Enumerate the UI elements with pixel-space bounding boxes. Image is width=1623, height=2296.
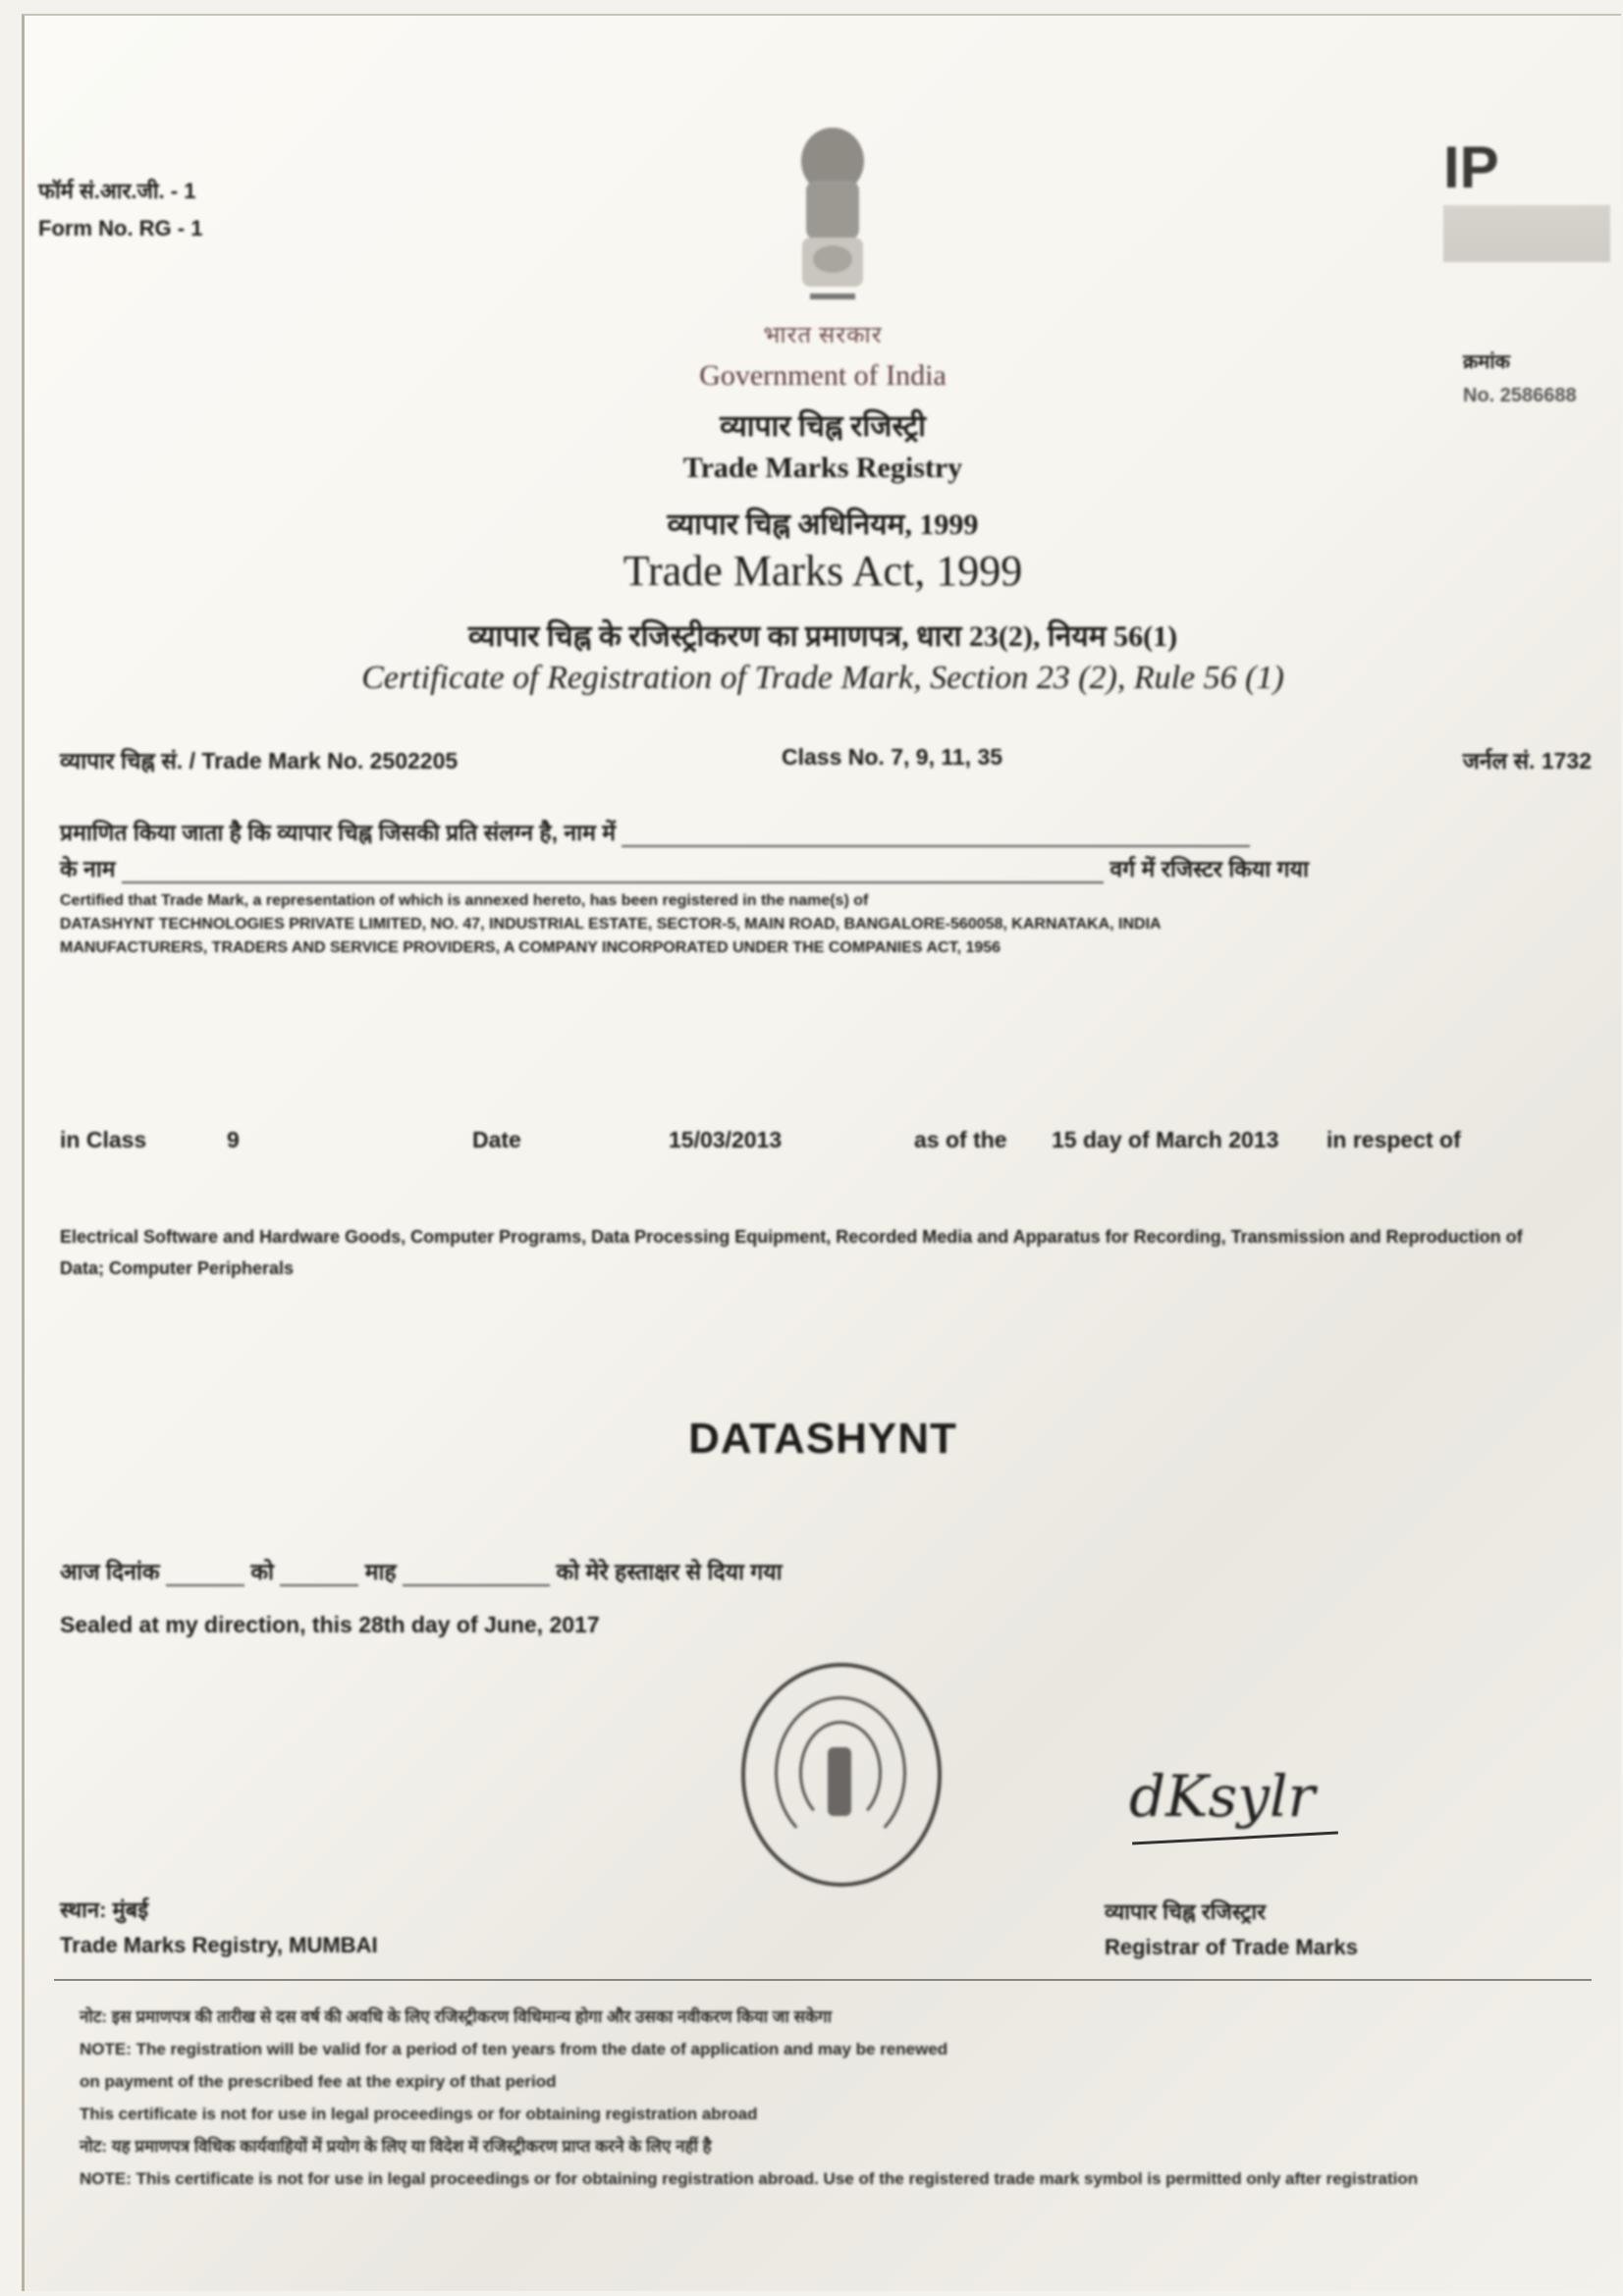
- note-line: NOTE: The registration will be valid for…: [80, 2033, 1464, 2065]
- journal-number: जर्नल सं. 1732: [1463, 744, 1592, 775]
- trade-mark-number: व्यापार चिह्न सं. / Trade Mark No. 25022…: [60, 748, 458, 774]
- convention-value: 15 day of March 2013: [1052, 1127, 1278, 1153]
- ip-logo-banner: [1443, 205, 1610, 262]
- dated-middle-2: माह: [365, 1559, 397, 1584]
- respect-suffix: in respect of: [1326, 1127, 1461, 1153]
- date-value: 15/03/2013: [669, 1127, 782, 1153]
- owner-blank: [122, 881, 1104, 883]
- note-line: नोट: यह प्रमाणपत्र विधिक कार्यवाहियों मे…: [80, 2130, 1464, 2163]
- proprietor-description: MANUFACTURERS, TRADERS AND SERVICE PROVI…: [60, 936, 1592, 960]
- certificate-title-english: Certificate of Registration of Trade Mar…: [25, 660, 1621, 697]
- gov-hindi: भारत सरकार: [25, 318, 1621, 350]
- convention-label: as of the: [914, 1127, 1007, 1153]
- month-blank: [280, 1584, 358, 1586]
- issuing-office: स्थान: मुंबई Trade Marks Registry, MUMBA…: [60, 1893, 378, 1963]
- owner-label: के नाम: [60, 856, 116, 881]
- class-numbers: Class No. 7, 9, 11, 35: [782, 744, 1002, 771]
- note-line: on payment of the prescribed fee at the …: [80, 2065, 1464, 2098]
- signature-line: [1132, 1832, 1338, 1845]
- registration-row: व्यापार चिह्न सं. / Trade Mark No. 25022…: [60, 744, 1592, 775]
- owner-suffix: वर्ग में रजिस्टर किया गया: [1109, 856, 1309, 881]
- certify-paragraph: Certified that Trade Mark, a representat…: [60, 889, 1592, 960]
- form-number: फॉर्म सं.आर.जी. - 1 Form No. RG - 1: [38, 173, 202, 247]
- certify-label: प्रमाणित किया जाता है कि व्यापार चिह्न ज…: [60, 820, 616, 845]
- certify-text: Certified that Trade Mark, a representat…: [60, 889, 1592, 913]
- registrar-signature: dKsylr: [1129, 1763, 1315, 1830]
- owner-line-hindi: के नाम वर्ग में रजिस्टर किया गया: [60, 852, 1592, 883]
- seal-emblem: [828, 1747, 851, 1816]
- ip-india-logo: IP: [1443, 138, 1620, 276]
- dated-suffix: को मेरे हस्ताक्षर से दिया गया: [556, 1559, 782, 1584]
- registrar-title: व्यापार चिह्न रजिस्ट्रार Registrar of Tr…: [1105, 1895, 1358, 1965]
- dated-prefix: आज दिनांक: [60, 1559, 160, 1584]
- registry-seal-icon: [741, 1663, 942, 1887]
- day-blank: [166, 1584, 244, 1586]
- national-emblem-icon: [788, 122, 877, 308]
- act-hindi: व्यापार चिह्न अधिनियम, 1999: [25, 503, 1621, 543]
- registrar-hindi: व्यापार चिह्न रजिस्ट्रार: [1105, 1895, 1358, 1930]
- footer-divider: [54, 1979, 1592, 1981]
- office-english: Trade Marks Registry, MUMBAI: [60, 1928, 378, 1963]
- note-line: This certificate is not for use in legal…: [80, 2098, 1464, 2130]
- form-number-english: Form No. RG - 1: [38, 210, 202, 247]
- note-line: नोट: इस प्रमाणपत्र की तारीख से दस वर्ष क…: [80, 2001, 1464, 2033]
- dated-row-hindi: आज दिनांक को माह को मेरे हस्ताक्षर से दि…: [60, 1555, 1592, 1586]
- date-label: Date: [472, 1127, 521, 1153]
- proprietor-address: DATASHYNT TECHNOLOGIES PRIVATE LIMITED, …: [60, 913, 1592, 936]
- class-date-row: in Class 9 Date 15/03/2013 as of the 15 …: [60, 1127, 1592, 1153]
- certificate-page: फॉर्म सं.आर.जी. - 1 Form No. RG - 1 IP क…: [22, 14, 1621, 2291]
- class-value: 9: [227, 1127, 240, 1153]
- note-line: NOTE: This certificate is not for use in…: [80, 2163, 1464, 2195]
- class-label: in Class: [60, 1127, 146, 1152]
- footer-notes: नोट: इस प्रमाणपत्र की तारीख से दस वर्ष क…: [80, 2001, 1464, 2195]
- trade-mark-name: DATASHYNT: [25, 1415, 1621, 1464]
- registry-hindi: व्यापार चिह्न रजिस्ट्री: [25, 404, 1621, 445]
- sealed-row: Sealed at my direction, this 28th day of…: [60, 1612, 1592, 1638]
- certify-line-hindi: प्रमाणित किया जाता है कि व्यापार चिह्न ज…: [60, 816, 1592, 847]
- form-number-hindi: फॉर्म सं.आर.जी. - 1: [38, 173, 202, 210]
- certify-blank: [622, 845, 1250, 847]
- registry-english: Trade Marks Registry: [25, 452, 1621, 485]
- dated-middle-1: को: [250, 1559, 274, 1584]
- act-english: Trade Marks Act, 1999: [25, 546, 1621, 596]
- goods-paragraph: Electrical Software and Hardware Goods, …: [60, 1221, 1592, 1284]
- goods-line-2: Data; Computer Peripherals: [60, 1253, 1592, 1284]
- year-blank: [403, 1584, 550, 1586]
- office-hindi: स्थान: मुंबई: [60, 1893, 378, 1928]
- certificate-title-hindi: व्यापार चिह्न के रजिस्ट्रीकरण का प्रमाणप…: [25, 614, 1621, 655]
- gov-english: Government of India: [25, 359, 1621, 393]
- goods-line-1: Electrical Software and Hardware Goods, …: [60, 1221, 1592, 1253]
- registrar-english: Registrar of Trade Marks: [1105, 1930, 1358, 1965]
- ip-logo-glyph: IP: [1443, 138, 1620, 197]
